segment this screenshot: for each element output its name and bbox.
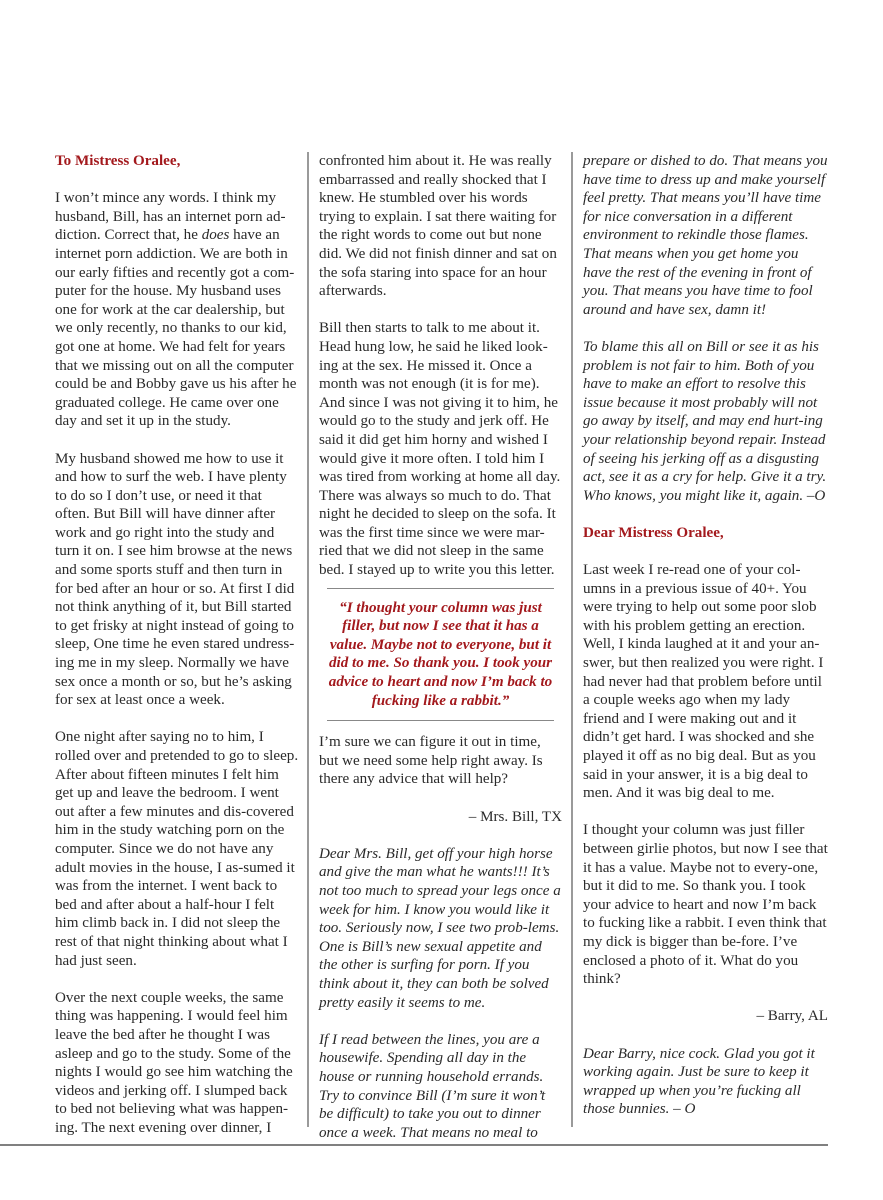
letter1-paragraph-4-part-b: confronted him about it. He was really e…	[319, 152, 562, 301]
letter2-paragraph-2: I thought your column was just filler be…	[583, 821, 828, 988]
letter1-paragraph-2: My husband showed me how to use it and h…	[55, 450, 300, 710]
letter1-paragraph-3: One night after saying no to him, I roll…	[55, 728, 300, 970]
letter1-paragraph-4-part-a: Over the next couple weeks, the same thi…	[55, 989, 300, 1138]
pullquote: “I thought your column was just filler, …	[325, 599, 556, 711]
letter1-paragraph-1: I won’t mince any words. I think my husb…	[55, 189, 300, 431]
letter2-signature: – Barry, AL	[583, 1007, 828, 1026]
reply1-paragraph-2-part-b: prepare or dished to do. That means you …	[583, 152, 828, 319]
pullquote-top-rule	[327, 588, 554, 589]
letter1-signature: – Mrs. Bill, TX	[319, 808, 562, 827]
letter1-paragraph-6: I’m sure we can figure it out in time, b…	[319, 733, 562, 789]
letter2-paragraph-1: Last week I re-read one of your col-umns…	[583, 561, 828, 803]
reply1-paragraph-1: Dear Mrs. Bill, get off your high horse …	[319, 845, 562, 1012]
reply1-paragraph-2-part-a: If I read between the lines, you are a h…	[319, 1031, 562, 1143]
letter2-salutation: Dear Mistress Oralee,	[583, 524, 828, 543]
page-bottom-rule	[0, 1144, 828, 1146]
letter1-paragraph-5: Bill then starts to talk to me about it.…	[319, 319, 562, 579]
column-3: prepare or dished to do. That means you …	[583, 152, 828, 1119]
reply1-paragraph-3: To blame this all on Bill or see it as h…	[583, 338, 828, 505]
column-1: To Mistress Oralee, I won’t mince any wo…	[55, 152, 300, 1137]
column-divider-2	[571, 152, 573, 1127]
column-2: confronted him about it. He was really e…	[319, 152, 562, 1142]
pullquote-box: “I thought your column was just filler, …	[319, 588, 562, 722]
column-divider-1	[307, 152, 309, 1127]
letter1-salutation: To Mistress Oralee,	[55, 152, 300, 171]
reply2: Dear Barry, nice cock. Glad you got it w…	[583, 1045, 828, 1119]
pullquote-bottom-rule	[327, 720, 554, 721]
